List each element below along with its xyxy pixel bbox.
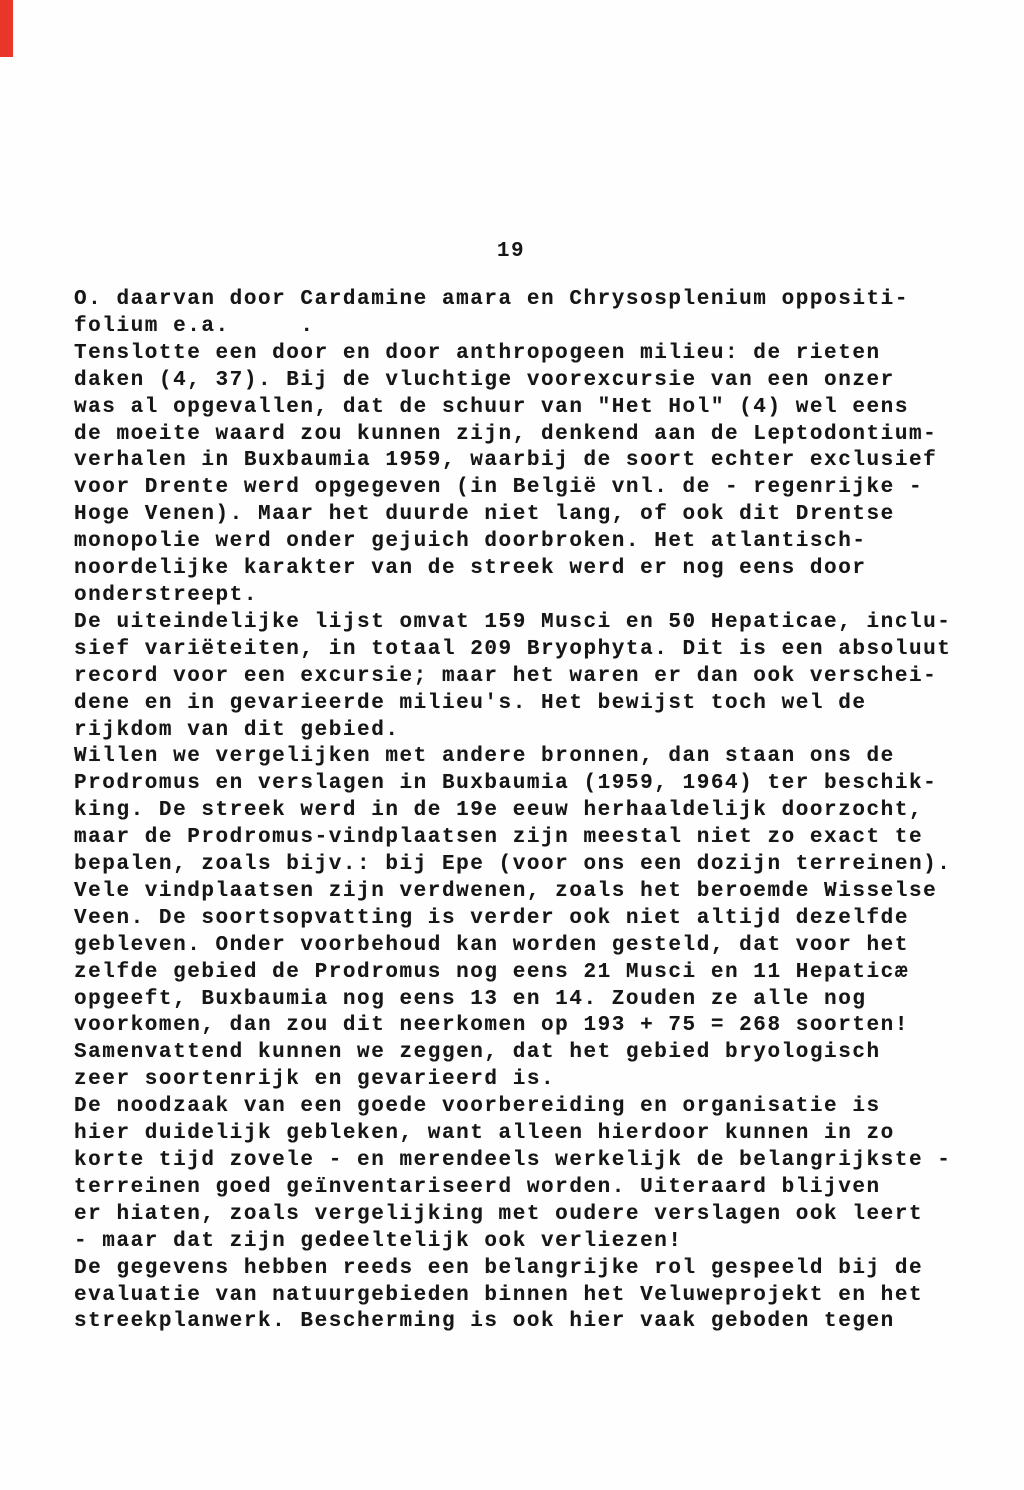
text-line: terreinen goed geïnventariseerd worden. …	[74, 1175, 948, 1202]
text-line: voor Drente werd opgegeven (in België vn…	[74, 475, 948, 502]
text-line: Vele vindplaatsen zijn verdwenen, zoals …	[74, 879, 948, 906]
text-line: de moeite waard zou kunnen zijn, denkend…	[74, 422, 948, 449]
text-line: Samenvattend kunnen we zeggen, dat het g…	[74, 1040, 948, 1067]
text-line: gebleven. Onder voorbehoud kan worden ge…	[74, 933, 948, 960]
page-number: 19	[74, 238, 948, 265]
text-line: dene en in gevarieerde milieu's. Het bew…	[74, 691, 948, 718]
text-line: Tenslotte een door en door anthropogeen …	[74, 341, 948, 368]
text-line: hier duidelijk gebleken, want alleen hie…	[74, 1121, 948, 1148]
text-line: korte tijd zovele - en merendeels werkel…	[74, 1148, 948, 1175]
text-line: Veen. De soortsopvatting is verder ook n…	[74, 906, 948, 933]
scanned-document-page: 19 O. daarvan door Cardamine amara en Ch…	[0, 0, 1024, 1490]
text-line: zelfde gebied de Prodromus nog eens 21 M…	[74, 960, 948, 987]
text-block: 19 O. daarvan door Cardamine amara en Ch…	[74, 238, 948, 1336]
text-line: verhalen in Buxbaumia 1959, waarbij de s…	[74, 448, 948, 475]
text-line: folium e.a. .	[74, 314, 948, 341]
text-line: Willen we vergelijken met andere bronnen…	[74, 744, 948, 771]
text-line: streekplanwerk. Bescherming is ook hier …	[74, 1309, 948, 1336]
text-line: king. De streek werd in de 19e eeuw herh…	[74, 798, 948, 825]
text-line: record voor een excursie; maar het waren…	[74, 664, 948, 691]
text-line: voorkomen, dan zou dit neerkomen op 193 …	[74, 1013, 948, 1040]
text-line: maar de Prodromus-vindplaatsen zijn mees…	[74, 825, 948, 852]
text-line: bepalen, zoals bijv.: bij Epe (voor ons …	[74, 852, 948, 879]
text-line: sief variëteiten, in totaal 209 Bryophyt…	[74, 637, 948, 664]
scan-edge-red-mark	[0, 0, 13, 57]
document-body-text: O. daarvan door Cardamine amara en Chrys…	[74, 287, 948, 1336]
text-line: O. daarvan door Cardamine amara en Chrys…	[74, 287, 948, 314]
text-line: Hoge Venen). Maar het duurde niet lang, …	[74, 502, 948, 529]
text-line: noordelijke karakter van de streek werd …	[74, 556, 948, 583]
text-line: De uiteindelijke lijst omvat 159 Musci e…	[74, 610, 948, 637]
text-line: daken (4, 37). Bij de vluchtige voorexcu…	[74, 368, 948, 395]
text-line: onderstreept.	[74, 583, 948, 610]
text-line: was al opgevallen, dat de schuur van "He…	[74, 395, 948, 422]
text-line: rijkdom van dit gebied.	[74, 718, 948, 745]
text-line: De gegevens hebben reeds een belangrijke…	[74, 1256, 948, 1283]
text-line: - maar dat zijn gedeeltelijk ook verliez…	[74, 1229, 948, 1256]
text-line: monopolie werd onder gejuich doorbroken.…	[74, 529, 948, 556]
text-line: evaluatie van natuurgebieden binnen het …	[74, 1283, 948, 1310]
text-line: Prodromus en verslagen in Buxbaumia (195…	[74, 771, 948, 798]
text-line: er hiaten, zoals vergelijking met oudere…	[74, 1202, 948, 1229]
text-line: zeer soortenrijk en gevarieerd is.	[74, 1067, 948, 1094]
text-line: opgeeft, Buxbaumia nog eens 13 en 14. Zo…	[74, 987, 948, 1014]
text-line: De noodzaak van een goede voorbereiding …	[74, 1094, 948, 1121]
